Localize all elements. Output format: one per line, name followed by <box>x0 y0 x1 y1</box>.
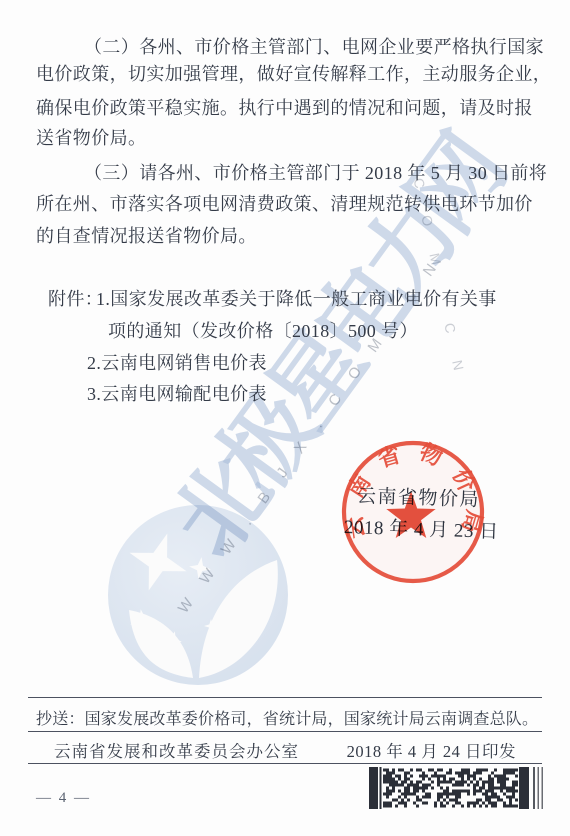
footer-issuer: 云南省发展和改革委员会办公室 <box>54 738 299 762</box>
page-number: — 4 — <box>36 790 91 807</box>
paragraph-3-line: （三）请各州、市价格主管部门于 2018 年 5 月 30 日前将 <box>84 163 547 183</box>
footer-print-date: 2018 年 4 月 24 日印发 <box>347 738 516 762</box>
attachment-label: 附件： <box>48 289 103 309</box>
attachment-item-1: 1.国家发展改革委关于降低一般工商业电价有关事 <box>96 289 497 309</box>
paragraph-3-line: 的自查情况报送省物价局。 <box>36 226 257 246</box>
paragraph-2-line: 送省物价局。 <box>36 128 146 148</box>
paragraph-2-line: 确保电价政策平稳实施。执行中遇到的情况和问题，请及时报 <box>36 98 533 118</box>
bjx-logo-icon <box>103 500 293 690</box>
footer-divider-bottom <box>28 763 542 764</box>
attachment-item-1-continued: 项的通知（发改价格〔2018〕500 号） <box>108 321 418 341</box>
official-seal: 云南省物价局 <box>328 427 498 597</box>
paragraph-2-line: （二）各州、市价格主管部门、电网企业要严格执行国家 <box>84 37 544 57</box>
document-page: 北极星电力网 W W W . B J X . C O M . C N C O M… <box>0 0 570 836</box>
barcode-noise <box>383 769 518 808</box>
footer-divider-top <box>28 697 542 698</box>
attachment-item-2: 2.云南电网销售电价表 <box>87 353 267 373</box>
footer-divider-middle <box>28 731 542 732</box>
barcode <box>369 767 545 810</box>
paragraph-2-line: 电价政策，切实加强管理，做好宣传解释工作，主动服务企业， <box>36 64 551 84</box>
footer-cc-line: 抄送：国家发展改革委价格司，省统计局，国家统计局云南调查总队。 <box>36 706 538 729</box>
attachment-item-3: 3.云南电网输配电价表 <box>87 384 267 404</box>
paragraph-3-line: 所在州、市落实各项电网清费政策、清理规范转供电环节加价 <box>36 194 533 214</box>
